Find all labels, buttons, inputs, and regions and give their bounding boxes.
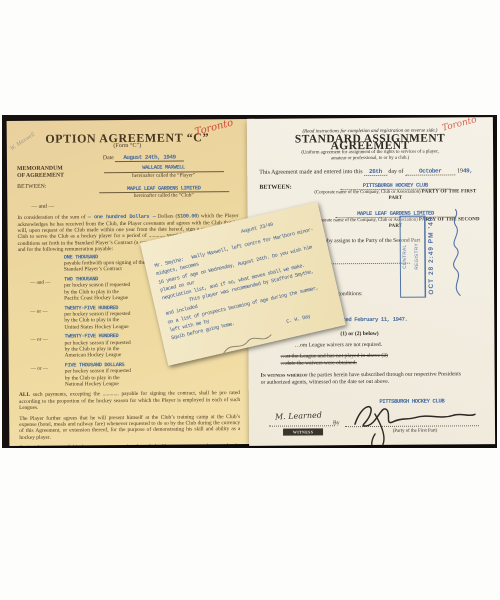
date-value: August 24th, 1949 [115,153,183,162]
first-part-signature [345,391,481,446]
memo-line2: OF AGREEMENT [17,173,89,181]
corp-caption-text: (Corporate name of the Company, Club or … [314,190,420,196]
made-text: This Agreement made and entered into thi… [259,169,362,176]
payment-body: FIVE THOUSAND DOLLARS per hockey season … [65,361,240,388]
payment-connector: — or — [18,334,64,360]
player-caption: hereinafter called the “Player” [89,172,238,180]
payment-connector [18,254,64,274]
stamp-text: REGISTRY [412,217,425,297]
player-name: WALLACE MAXWELL [103,164,223,172]
photo-background: W. Maxwell Toronto OPTION AGREEMENT “C” … [2,115,497,448]
page: W. Maxwell Toronto OPTION AGREEMENT “C” … [0,0,500,600]
witness-paragraph2: or authorized agents, witnessed on the d… [261,378,483,387]
assignment-title: STANDARD ASSIGNMENT AGREEMENT [259,135,481,151]
parties-names: WALLACE MAXWELL hereinafter called the “… [89,164,238,210]
all-text: such payments, excepting the ...........… [19,390,240,411]
day-value: 26th [364,168,387,176]
training-camp-paragraph: The Player further agrees that he will p… [19,414,240,442]
play-only-paragraph: During the currency of this Agreement or… [19,443,240,446]
witness1-label: WITNESS [283,428,323,435]
payment-connector: — and — [18,276,64,302]
option-parties: MEMORANDUM OF AGREEMENT BETWEEN: — and —… [17,164,238,211]
date-label: Date [103,155,114,161]
amount-figures: 100.00 [180,214,197,220]
club-caption: hereinafter called the “Club” [89,192,238,200]
made-line: This Agreement made and entered into thi… [259,167,481,177]
first-sig-caption: (Party of the First Part) [365,428,465,434]
and-separator: — and — [17,204,89,212]
witness1-signature: M. Learned [275,411,322,420]
witness-text1: the parties herein have subscribed throu… [308,371,461,378]
consideration-text2: Dollars ($ [156,214,180,220]
below-line: (1) or (2) below) [340,330,482,338]
first-party-row: BETWEEN: PITTSBURGH HOCKEY CLUB (Corpora… [259,181,481,202]
between-label: BETWEEN: [259,183,309,203]
all-payments-paragraph: ALL such payments, excepting the .......… [19,390,240,411]
stamp-signature-scribble [445,207,468,299]
waivers-line: …om League waivers are not required. [294,341,482,349]
year-value: 49, [463,167,473,174]
payment-connector: — or — [19,362,65,388]
assignment-subtitle2: amateur or professional, to or by a club… [259,155,481,162]
struck-line2: …date the waivers were obtained. [281,359,483,367]
all-lead: ALL [19,392,30,398]
signature-area: PITTSBURGH HOCKEY CLUB By (Party of the … [261,389,484,446]
option-date-row: Date August 24th, 1949 [103,154,238,162]
stamp-text: CENTRAL [401,217,413,297]
day-label: day of [388,169,403,175]
witness1-line [269,425,335,426]
memo-block: MEMORANDUM OF AGREEMENT BETWEEN: — and — [17,166,89,212]
central-registry-stamp: CENTRAL REGISTRY [400,216,427,298]
first-party-block: PITTSBURGH HOCKEY CLUB (Corporate name o… [309,181,481,201]
payment-row: — or — FIVE THOUSAND DOLLARS per hockey … [19,361,240,389]
witness-lead: In witness whereof [261,372,308,378]
month-value: October [405,168,455,176]
corp-caption: (Corporate name of the Company, Club or … [309,189,481,201]
between-label: BETWEEN: [17,184,89,192]
payment-line: National Hockey League [65,380,240,388]
payment-connector: — or — [18,305,64,331]
time-stamp: OCT 28 2:49 PM ’49 [427,210,435,302]
